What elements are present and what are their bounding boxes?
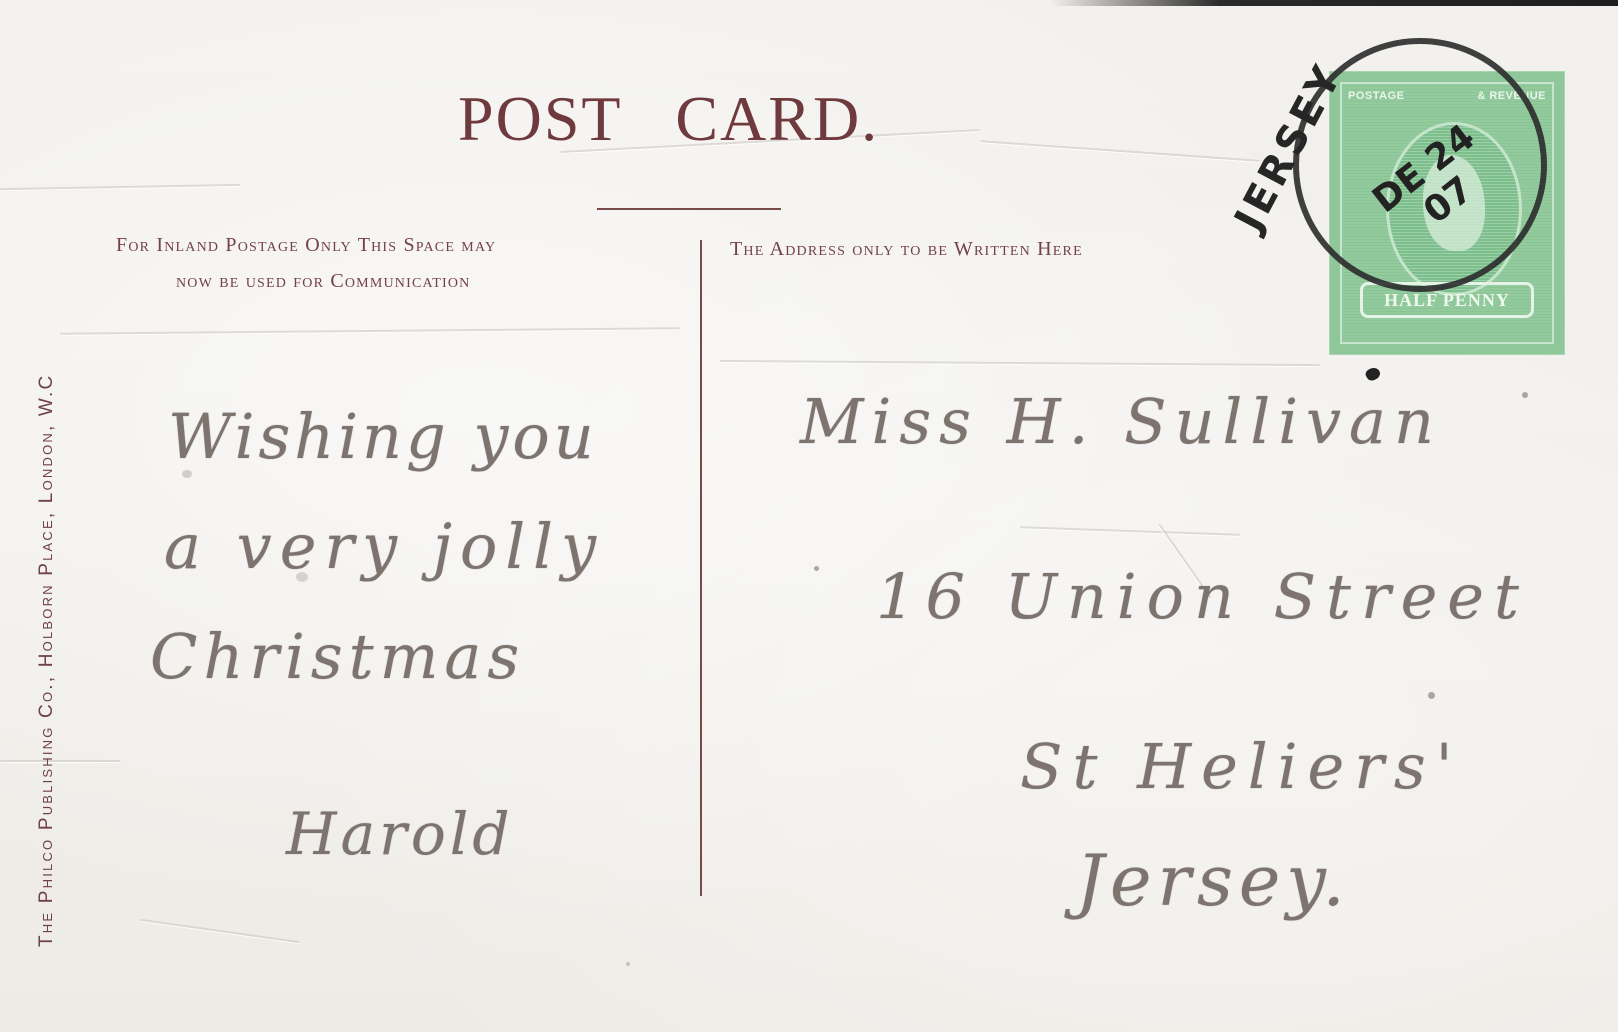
ink-speck xyxy=(296,572,308,582)
paper-crease xyxy=(0,184,240,190)
ink-speck xyxy=(814,566,819,571)
message-space-label-line1: For Inland Postage Only This Space may xyxy=(116,234,496,257)
ink-speck xyxy=(626,962,630,966)
publisher-imprint: The Philco Publishing Co., Holborn Place… xyxy=(36,374,58,947)
address-line-town: St Heliers' xyxy=(1020,730,1463,803)
message-line: a very jolly xyxy=(164,510,604,583)
ink-speck xyxy=(1428,692,1435,699)
message-line: Christmas xyxy=(150,620,525,693)
signature: Harold xyxy=(286,800,513,868)
address-line-island: Jersey. xyxy=(1076,840,1351,922)
post-card-title: POST CARD. xyxy=(458,82,879,156)
postcard-back: POST CARD. For Inland Postage Only This … xyxy=(0,0,1618,1032)
ink-speck xyxy=(182,470,192,478)
scan-edge-shadow xyxy=(1050,0,1618,6)
title-underline xyxy=(597,208,781,210)
paper-crease xyxy=(1020,526,1240,536)
paper-crease xyxy=(0,760,120,762)
address-line-recipient: Miss H. Sullivan xyxy=(800,385,1442,458)
ink-speck xyxy=(1522,392,1528,398)
paper-crease xyxy=(980,140,1259,162)
address-line-street: 16 Union Street xyxy=(876,560,1529,633)
address-space-label: The Address only to be Written Here xyxy=(730,238,1083,261)
postmark-ink-blot xyxy=(1364,365,1382,382)
message-space-label-line2: now be used for Communication xyxy=(176,270,470,293)
paper-crease xyxy=(720,360,1320,366)
message-line: Wishing you xyxy=(168,400,598,473)
paper-crease xyxy=(141,919,300,943)
paper-crease xyxy=(60,327,680,334)
center-divider-line xyxy=(700,240,702,896)
